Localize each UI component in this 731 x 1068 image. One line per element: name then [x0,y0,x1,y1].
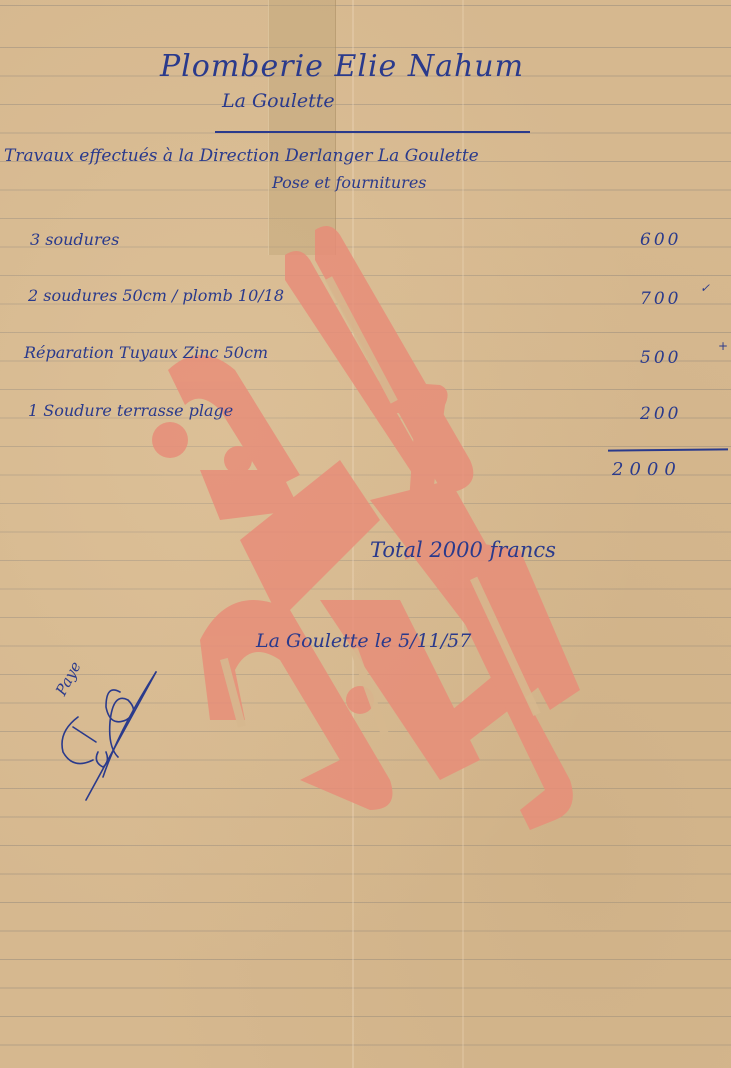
signature-icon [48,612,168,812]
item-description: Réparation Tuyaux Zinc 50cm [24,345,268,361]
work-subtitle: Pose et fournitures [272,175,427,191]
item-amount: 600 [640,232,681,249]
item-amount: 500 [640,350,681,367]
business-location: La Goulette [222,92,335,111]
business-name: Plomberie Elie Nahum [160,52,524,82]
item-description: 3 soudures [30,232,119,248]
total-amount: Total 2000 francs [370,540,556,561]
tape-strip [268,0,336,255]
plus-mark: + [718,340,728,352]
item-description: 1 Soudure terrasse plage [28,403,233,419]
item-description: 2 soudures 50cm / plomb 10/18 [28,288,284,304]
subtotal: 2000 [612,461,682,479]
item-amount: 200 [640,406,681,423]
watermark-logo-icon [140,220,590,840]
check-mark: ✓ [700,282,710,294]
place-date: La Goulette le 5/11/57 [256,632,471,651]
header-underline [215,131,530,133]
work-description: Travaux effectués à la Direction Derlang… [4,148,479,165]
item-amount: 700 [640,291,681,308]
